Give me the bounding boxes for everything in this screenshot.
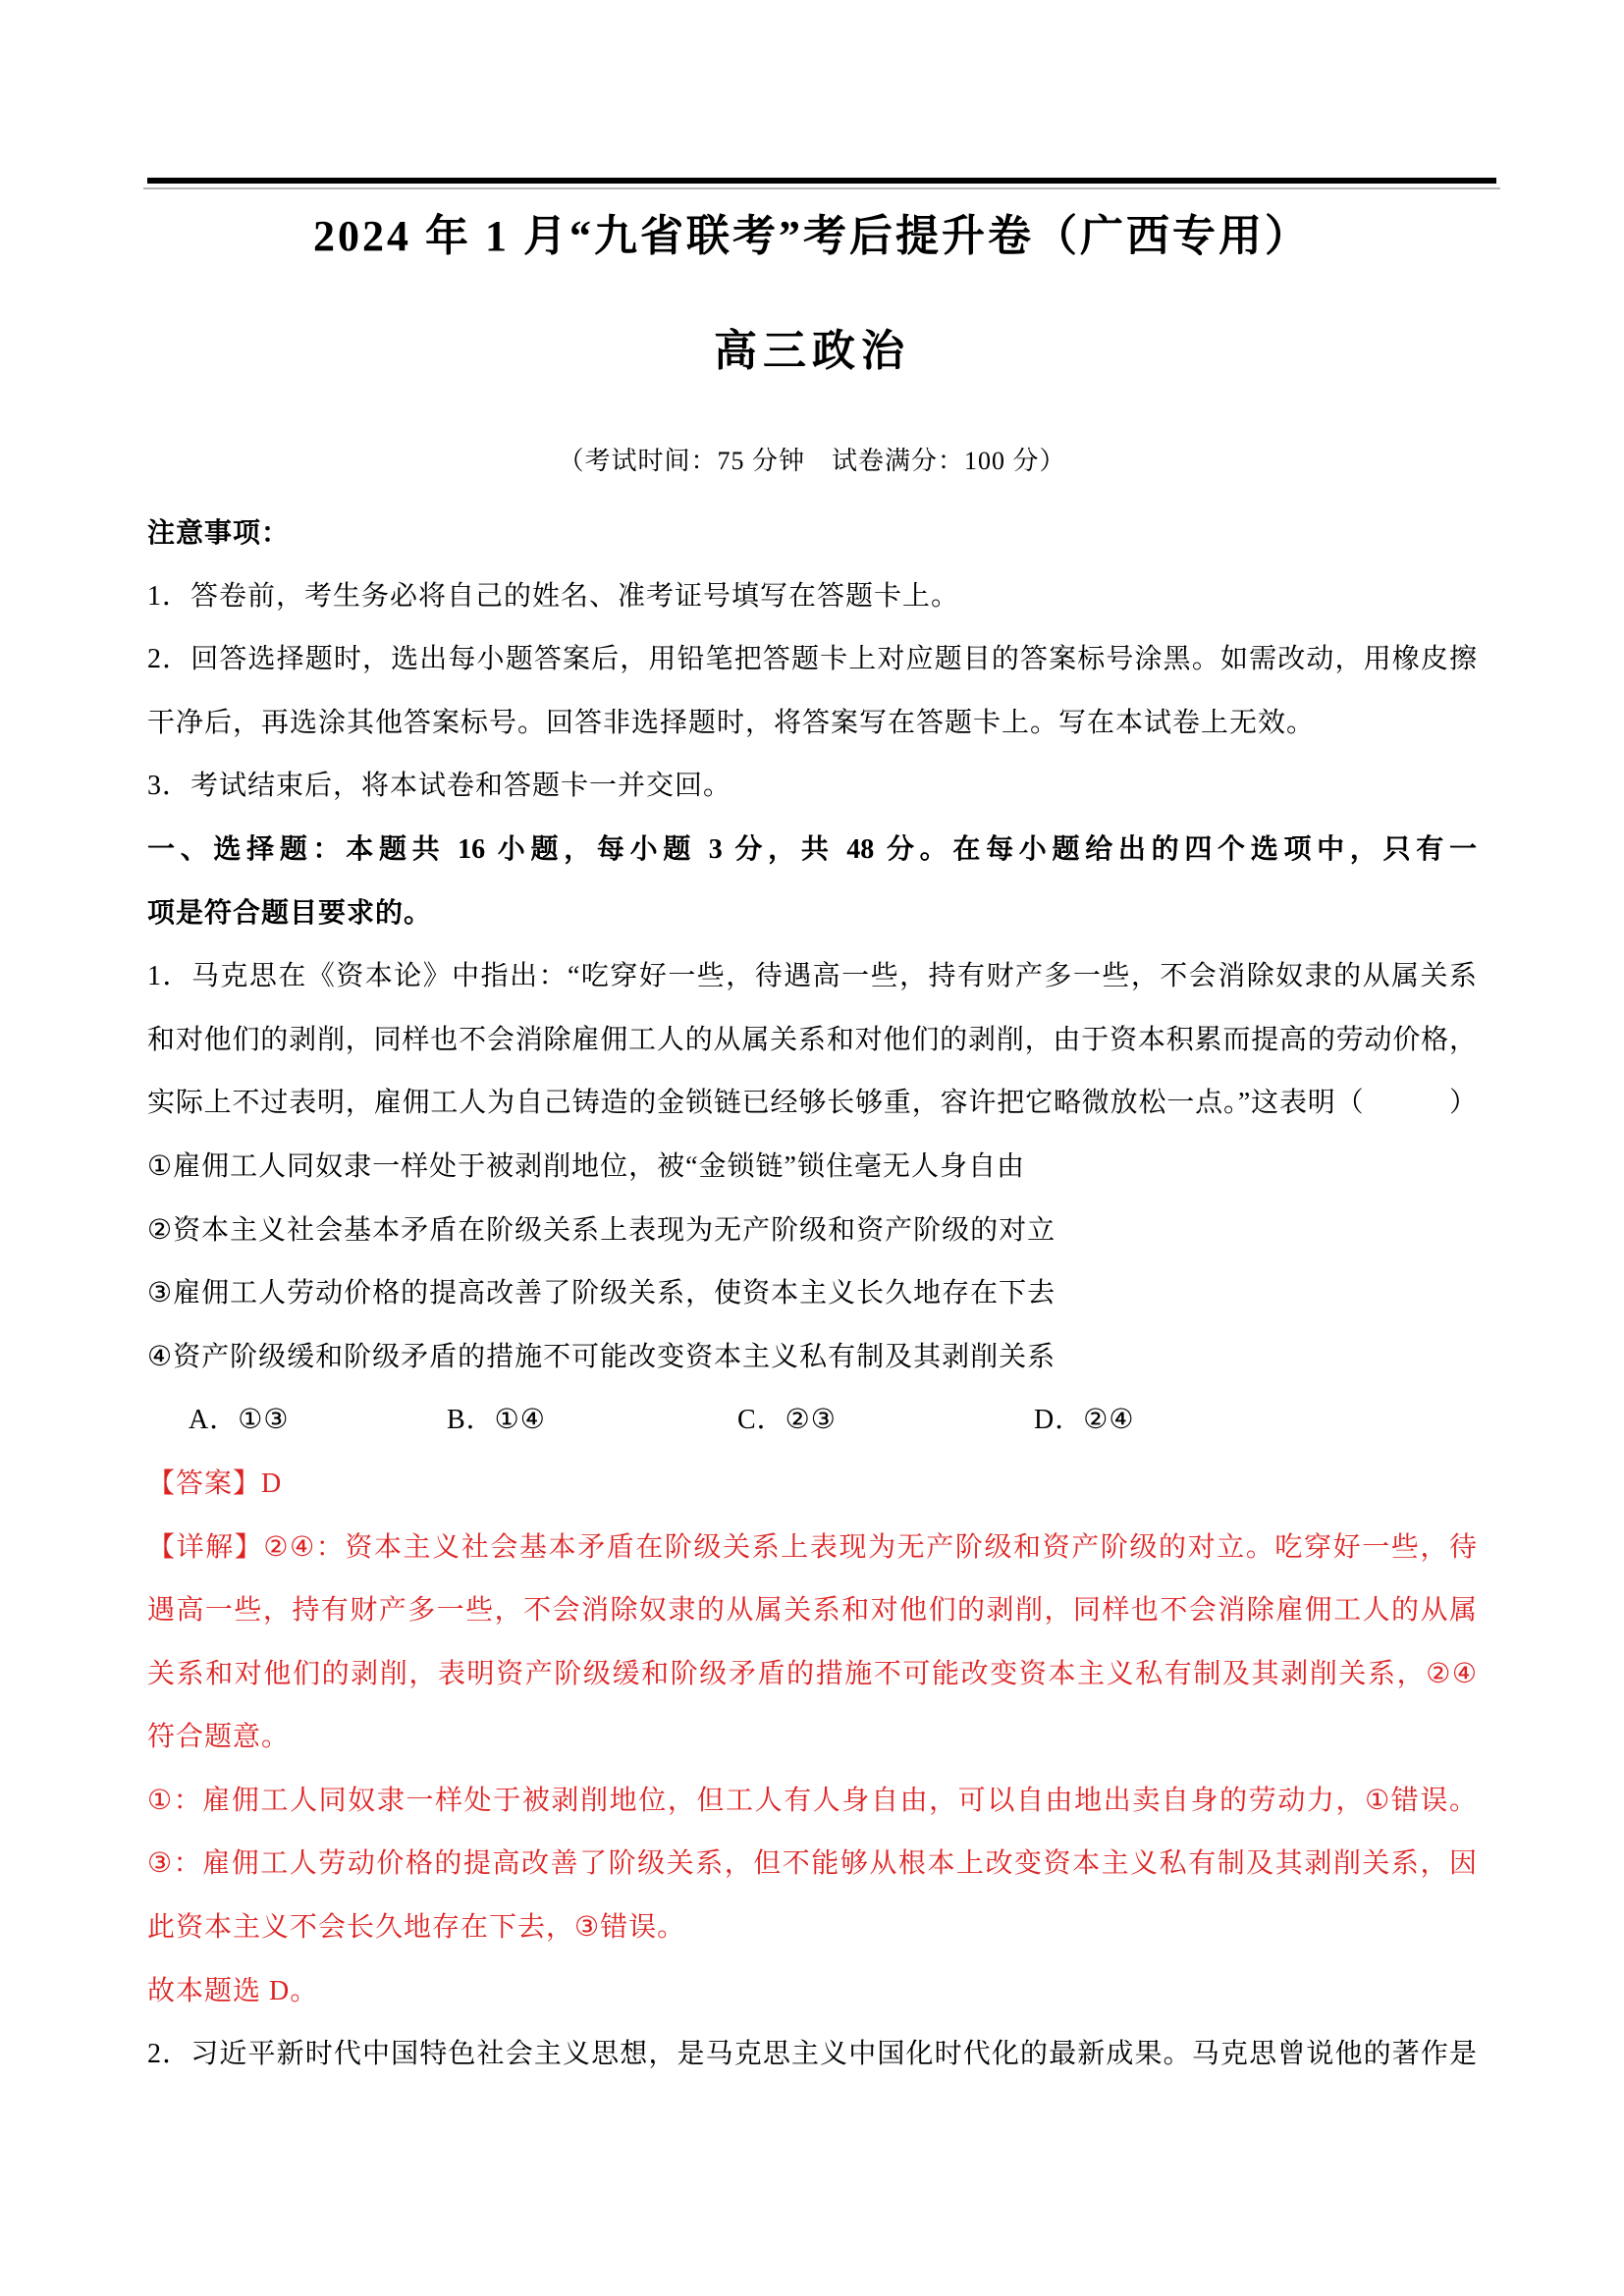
notice-item-2-line1: 2．回答选择题时，选出每小题答案后，用铅笔把答题卡上对应题目的答案标号涂黑。如需… (147, 628, 1477, 692)
q1-choice-b: B．①④ (447, 1389, 730, 1453)
q1-analysis-line7: 此资本主义不会长久地存在下去，③错误。 (147, 1896, 1477, 1960)
exam-paper-page: 2024 年 1 月“九省联考”考后提升卷（广西专用） 高三政治 （考试时间：7… (0, 0, 1624, 2296)
q1-option-3: ③雇佣工人劳动价格的提高改善了阶级关系，使资本主义长久地存在下去 (147, 1262, 1477, 1326)
q1-analysis-line5: ①：雇佣工人同奴隶一样处于被剥削地位，但工人有人身自由，可以自由地出卖自身的劳动… (147, 1770, 1477, 1834)
section1-heading-line1: 一、选择题：本题共 16 小题，每小题 3 分，共 48 分。在每小题给出的四个… (147, 819, 1477, 882)
q1-answer-line: 【答案】D (147, 1453, 1477, 1517)
q1-option-2: ②资本主义社会基本矛盾在阶级关系上表现为无产阶级和资产阶级的对立 (147, 1200, 1477, 1263)
header-rule-thick (147, 178, 1496, 184)
notice-item-1: 1．答卷前，考生务必将自己的姓名、准考证号填写在答题卡上。 (147, 565, 1477, 629)
q1-stem-line1: 1．马克思在《资本论》中指出：“吃穿好一些，待遇高一些，持有财产多一些，不会消除… (147, 945, 1477, 1009)
q1-choice-d: D．②④ (1034, 1389, 1134, 1453)
q1-option-1: ①雇佣工人同奴隶一样处于被剥削地位，被“金锁链”锁住毫无人身自由 (147, 1136, 1477, 1200)
q1-analysis-line3: 关系和对他们的剥削，表明资产阶级缓和阶级矛盾的措施不可能改变资本主义私有制及其剥… (147, 1643, 1477, 1707)
q1-choice-a: A．①③ (189, 1389, 439, 1453)
q1-option-4: ④资产阶级缓和阶级矛盾的措施不可能改变资本主义私有制及其剥削关系 (147, 1326, 1477, 1390)
q1-choices-row: A．①③ B．①④ C．②③ D．②④ (147, 1389, 1477, 1453)
notice-item-2-line2: 干净后，再选涂其他答案标号。回答非选择题时，将答案写在答题卡上。写在本试卷上无效… (147, 692, 1477, 756)
document-body: 注意事项： 1．答卷前，考生务必将自己的姓名、准考证号填写在答题卡上。 2．回答… (147, 502, 1477, 2087)
section1-heading-line2: 项是符合题目要求的。 (147, 882, 1477, 946)
q1-analysis-line6: ③：雇佣工人劳动价格的提高改善了阶级关系，但不能够从根本上改变资本主义私有制及其… (147, 1833, 1477, 1896)
q1-analysis-line2: 遇高一些，持有财产多一些，不会消除奴隶的从属关系和对他们的剥削，同样也不会消除雇… (147, 1579, 1477, 1643)
page-title: 2024 年 1 月“九省联考”考后提升卷（广西专用） (147, 209, 1477, 264)
notice-item-3: 3．考试结束后，将本试卷和答题卡一并交回。 (147, 755, 1477, 819)
q2-stem-line1: 2．习近平新时代中国特色社会主义思想，是马克思主义中国化时代化的最新成果。马克思… (147, 2023, 1477, 2087)
q1-analysis-line1: 【详解】②④：资本主义社会基本矛盾在阶级关系上表现为无产阶级和资产阶级的对立。吃… (147, 1517, 1477, 1580)
notice-heading: 注意事项： (147, 502, 1477, 565)
header-rule-thin (143, 187, 1500, 189)
q1-analysis-line8: 故本题选 D。 (147, 1960, 1477, 2024)
q1-stem-line3: 实际上不过表明，雇佣工人为自己铸造的金锁链已经够长够重，容许把它略微放松一点。”… (147, 1072, 1477, 1136)
q1-stem-line2: 和对他们的剥削，同样也不会消除雇佣工人的从属关系和对他们的剥削，由于资本积累而提… (147, 1009, 1477, 1073)
q1-choice-c: C．②③ (737, 1389, 1026, 1453)
exam-info-line: （考试时间：75 分钟 试卷满分：100 分） (147, 444, 1477, 479)
subject-title: 高三政治 (147, 324, 1477, 379)
q1-analysis-line4: 符合题意。 (147, 1706, 1477, 1770)
